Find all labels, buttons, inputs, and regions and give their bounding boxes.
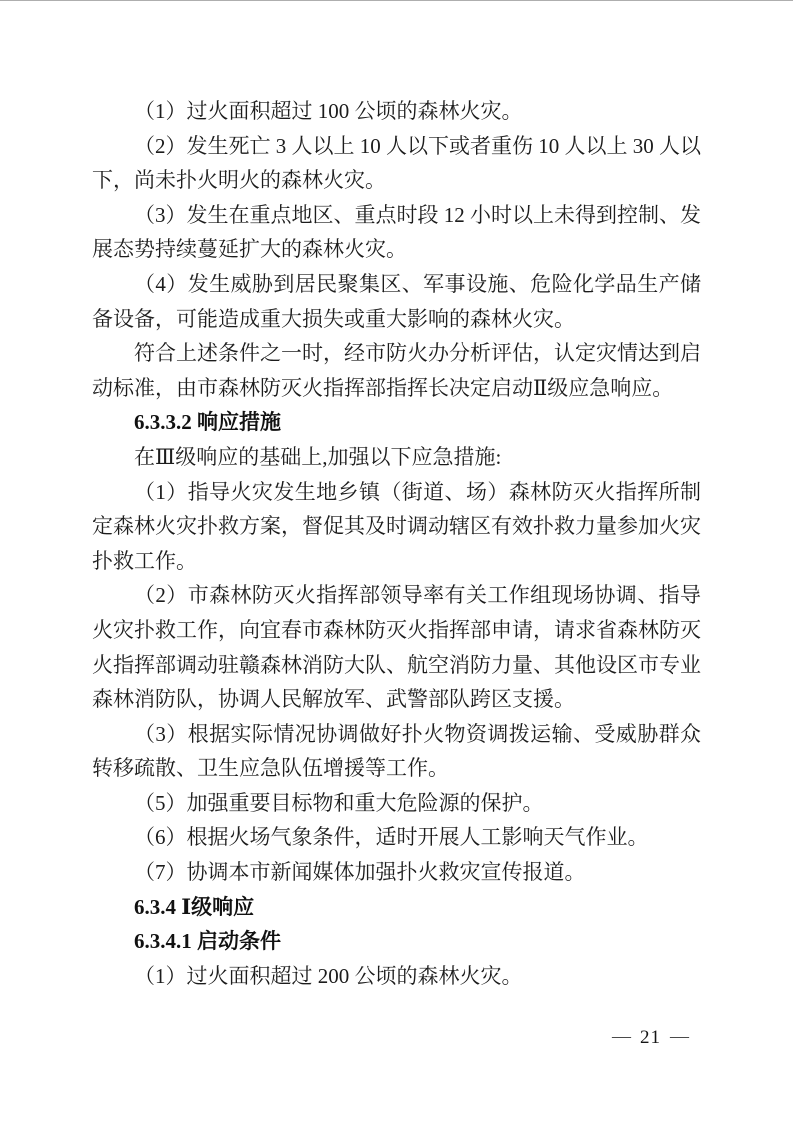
paragraph: （1）过火面积超过 200 公顷的森林火灾。 [92,959,701,994]
paragraph: （7）协调本市新闻媒体加强扑火救灾宣传报道。 [92,855,701,890]
scan-edge-line [0,0,793,1]
paragraph: （4）发生威胁到居民聚集区、军事设施、危险化学品生产储备设备，可能造成重大损失或… [92,267,701,336]
paragraph: （1）指导火灾发生地乡镇（街道、场）森林防灭火指挥所制定森林火灾扑救方案，督促其… [92,475,701,579]
section-heading: 6.3.4 Ⅰ级响应 [92,890,701,925]
paragraph: 在Ⅲ级响应的基础上,加强以下应急措施: [92,440,701,475]
section-heading: 6.3.3.2 响应措施 [92,405,701,440]
paragraph: （6）根据火场气象条件，适时开展人工影响天气作业。 [92,820,701,855]
document-body: （1）过火面积超过 100 公顷的森林火灾。（2）发生死亡 3 人以上 10 人… [92,94,701,993]
paragraph: （3）根据实际情况协调做好扑火物资调拨运输、受威胁群众转移疏散、卫生应急队伍增援… [92,717,701,786]
paragraph: （3）发生在重点地区、重点时段 12 小时以上未得到控制、发展态势持续蔓延扩大的… [92,198,701,267]
page-footer: — 21 — [612,1026,689,1050]
paragraph: （2）市森林防灭火指挥部领导率有关工作组现场协调、指导火灾扑救工作，向宜春市森林… [92,578,701,716]
page-number: 21 [640,1026,661,1050]
paragraph: （2）发生死亡 3 人以上 10 人以下或者重伤 10 人以上 30 人以下，尚… [92,129,701,198]
document-page: （1）过火面积超过 100 公顷的森林火灾。（2）发生死亡 3 人以上 10 人… [0,0,793,1122]
footer-dash-right: — [670,1025,689,1049]
paragraph: （5）加强重要目标物和重大危险源的保护。 [92,786,701,821]
paragraph: 符合上述条件之一时，经市防火办分析评估，认定灾情达到启动标准，由市森林防灭火指挥… [92,336,701,405]
section-heading: 6.3.4.1 启动条件 [92,924,701,959]
footer-dash-left: — [612,1025,631,1049]
paragraph: （1）过火面积超过 100 公顷的森林火灾。 [92,94,701,129]
